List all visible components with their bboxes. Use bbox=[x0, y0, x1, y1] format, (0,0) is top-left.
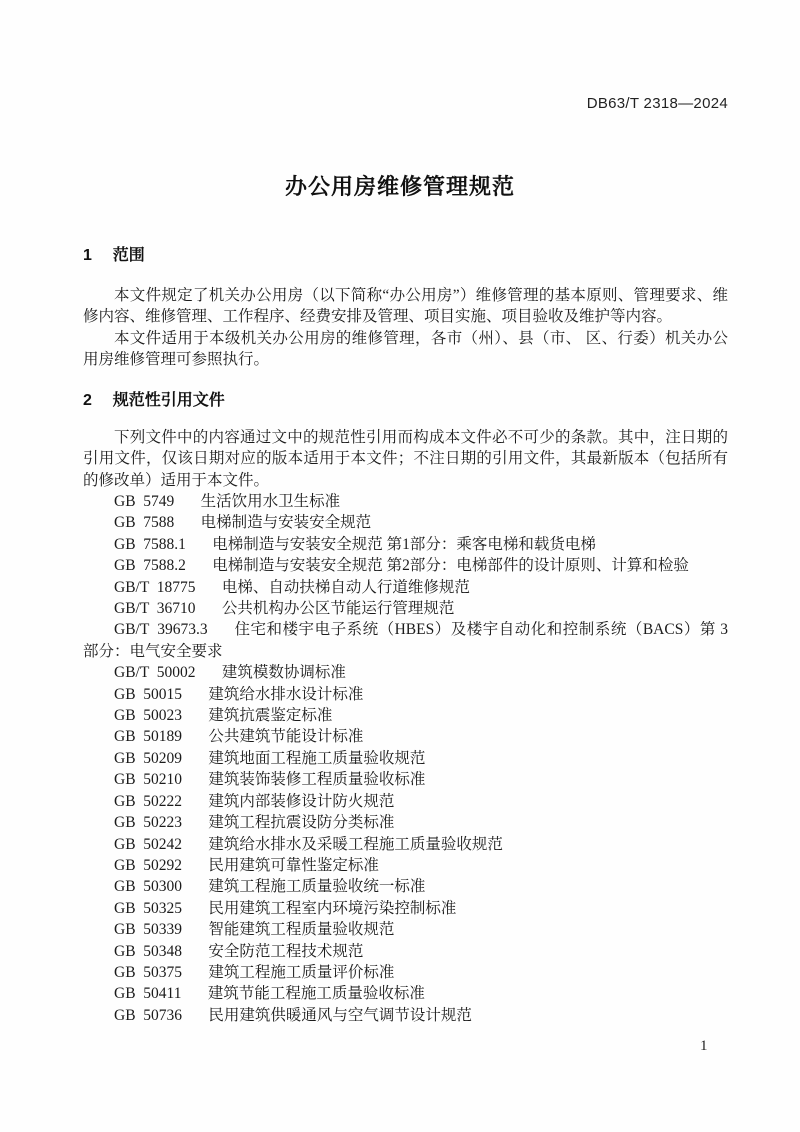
section-1-title: 范围 bbox=[113, 247, 145, 264]
reference-code: GB 50223 bbox=[114, 814, 208, 831]
reference-code: GB 50411 bbox=[114, 985, 208, 1002]
section-2-heading: 2规范性引用文件 bbox=[83, 390, 728, 412]
reference-code: GB 50375 bbox=[114, 964, 208, 981]
reference-code: GB 5749 bbox=[114, 493, 201, 510]
reference-item: GB 50736民用建筑供暖通风与空气调节设计规范 bbox=[83, 1005, 728, 1026]
reference-title: 电梯、自动扶梯自动人行道维修规范 bbox=[222, 579, 470, 596]
reference-item: GB 7588.2电梯制造与安装安全规范 第2部分：电梯部件的设计原则、计算和检… bbox=[83, 555, 728, 576]
reference-item: GB 50325民用建筑工程室内环境污染控制标准 bbox=[83, 898, 728, 919]
reference-title: 电梯制造与安装安全规范 bbox=[201, 514, 372, 531]
scope-paragraph-1: 本文件规定了机关办公用房（以下简称“办公用房”）维修管理的基本原则、管理要求、维… bbox=[83, 285, 728, 328]
document-page: DB63/T 2318—2024 办公用房维修管理规范 1范围 本文件规定了机关… bbox=[0, 0, 800, 1132]
reference-title: 建筑工程抗震设防分类标准 bbox=[208, 814, 394, 831]
reference-code: GB 50222 bbox=[114, 793, 208, 810]
reference-title: 建筑地面工程施工质量验收规范 bbox=[208, 750, 425, 767]
reference-item: GB 50023建筑抗震鉴定标准 bbox=[83, 705, 728, 726]
reference-title: 电梯制造与安装安全规范 第1部分：乘客电梯和载货电梯 bbox=[212, 536, 596, 553]
reference-code: GB 7588.1 bbox=[114, 536, 212, 553]
reference-title: 公共建筑节能设计标准 bbox=[208, 728, 363, 745]
reference-title: 安全防范工程技术规范 bbox=[208, 943, 363, 960]
reference-title: 建筑装饰装修工程质量验收标准 bbox=[208, 771, 425, 788]
references-intro-paragraph: 下列文件中的内容通过文中的规范性引用而构成本文件必不可少的条款。其中，注日期的引… bbox=[83, 427, 728, 492]
reference-title: 建筑抗震鉴定标准 bbox=[208, 707, 332, 724]
reference-item: GB 5749生活饮用水卫生标准 bbox=[83, 491, 728, 512]
reference-code: GB/T 18775 bbox=[114, 579, 222, 596]
reference-item: GB 50300建筑工程施工质量验收统一标准 bbox=[83, 876, 728, 897]
section-2-title: 规范性引用文件 bbox=[113, 392, 225, 409]
reference-code: GB 50325 bbox=[114, 900, 208, 917]
scope-paragraph-2: 本文件适用于本级机关办公用房的维修管理，各市（州）、县（市、 区、行委）机关办公… bbox=[83, 328, 728, 371]
reference-item: GB/T 18775电梯、自动扶梯自动人行道维修规范 bbox=[83, 577, 728, 598]
reference-code: GB 50736 bbox=[114, 1007, 208, 1024]
document-body: 1范围 本文件规定了机关办公用房（以下简称“办公用房”）维修管理的基本原则、管理… bbox=[83, 245, 728, 1026]
reference-code: GB/T 50002 bbox=[114, 664, 222, 681]
reference-code: GB 7588 bbox=[114, 514, 201, 531]
reference-title: 民用建筑供暖通风与空气调节设计规范 bbox=[208, 1007, 472, 1024]
reference-code: GB 7588.2 bbox=[114, 557, 212, 574]
reference-title: 建筑给水排水及采暖工程施工质量验收规范 bbox=[208, 836, 503, 853]
reference-code: GB 50348 bbox=[114, 943, 208, 960]
reference-title: 建筑工程施工质量评价标准 bbox=[208, 964, 394, 981]
references-list: GB 5749生活饮用水卫生标准 GB 7588电梯制造与安装安全规范 GB 7… bbox=[83, 491, 728, 1026]
reference-item: GB 50210建筑装饰装修工程质量验收标准 bbox=[83, 769, 728, 790]
reference-item: GB 7588.1电梯制造与安装安全规范 第1部分：乘客电梯和载货电梯 bbox=[83, 534, 728, 555]
reference-title: 电梯制造与安装安全规范 第2部分：电梯部件的设计原则、计算和检验 bbox=[212, 557, 689, 574]
reference-code: GB 50300 bbox=[114, 878, 208, 895]
reference-item: GB 50209建筑地面工程施工质量验收规范 bbox=[83, 748, 728, 769]
reference-item: GB 50223建筑工程抗震设防分类标准 bbox=[83, 812, 728, 833]
section-1-number: 1 bbox=[83, 247, 113, 264]
reference-title: 民用建筑工程室内环境污染控制标准 bbox=[208, 900, 456, 917]
reference-code: GB 50292 bbox=[114, 857, 208, 874]
reference-item: GB 50411建筑节能工程施工质量验收标准 bbox=[83, 983, 728, 1004]
reference-item: GB 50292民用建筑可靠性鉴定标准 bbox=[83, 855, 728, 876]
reference-code: GB/T 36710 bbox=[114, 600, 222, 617]
standard-code: DB63/T 2318—2024 bbox=[587, 95, 728, 112]
reference-title: 建筑工程施工质量验收统一标准 bbox=[208, 878, 425, 895]
reference-item: GB 50375建筑工程施工质量评价标准 bbox=[83, 962, 728, 983]
reference-title: 生活饮用水卫生标准 bbox=[201, 493, 341, 510]
reference-code: GB 50339 bbox=[114, 921, 208, 938]
reference-title: 民用建筑可靠性鉴定标准 bbox=[208, 857, 379, 874]
reference-title: 公共机构办公区节能运行管理规范 bbox=[222, 600, 455, 617]
reference-code: GB 50209 bbox=[114, 750, 208, 767]
reference-item: GB/T 36710公共机构办公区节能运行管理规范 bbox=[83, 598, 728, 619]
reference-title: 建筑节能工程施工质量验收标准 bbox=[208, 985, 425, 1002]
reference-item: GB 50242建筑给水排水及采暖工程施工质量验收规范 bbox=[83, 834, 728, 855]
reference-item: GB 50222建筑内部装修设计防火规范 bbox=[83, 791, 728, 812]
reference-title: 建筑模数协调标准 bbox=[222, 664, 346, 681]
reference-item: GB/T 39673.3住宅和楼宇电子系统（HBES）及楼宇自动化和控制系统（B… bbox=[83, 619, 728, 662]
reference-code: GB 50189 bbox=[114, 728, 208, 745]
reference-item: GB 50339智能建筑工程质量验收规范 bbox=[83, 919, 728, 940]
reference-title: 建筑内部装修设计防火规范 bbox=[208, 793, 394, 810]
reference-code: GB 50242 bbox=[114, 836, 208, 853]
reference-code: GB/T 39673.3 bbox=[114, 621, 234, 638]
section-2-number: 2 bbox=[83, 392, 113, 409]
reference-title: 智能建筑工程质量验收规范 bbox=[208, 921, 394, 938]
reference-title: 建筑给水排水设计标准 bbox=[208, 686, 363, 703]
reference-code: GB 50015 bbox=[114, 686, 208, 703]
page-number: 1 bbox=[700, 1038, 708, 1055]
document-title: 办公用房维修管理规范 bbox=[0, 170, 800, 201]
section-1-heading: 1范围 bbox=[83, 245, 728, 267]
reference-item: GB/T 50002建筑模数协调标准 bbox=[83, 662, 728, 683]
reference-item: GB 50348安全防范工程技术规范 bbox=[83, 941, 728, 962]
reference-item: GB 50015建筑给水排水设计标准 bbox=[83, 684, 728, 705]
reference-code: GB 50210 bbox=[114, 771, 208, 788]
reference-item: GB 50189公共建筑节能设计标准 bbox=[83, 726, 728, 747]
reference-code: GB 50023 bbox=[114, 707, 208, 724]
reference-item: GB 7588电梯制造与安装安全规范 bbox=[83, 512, 728, 533]
